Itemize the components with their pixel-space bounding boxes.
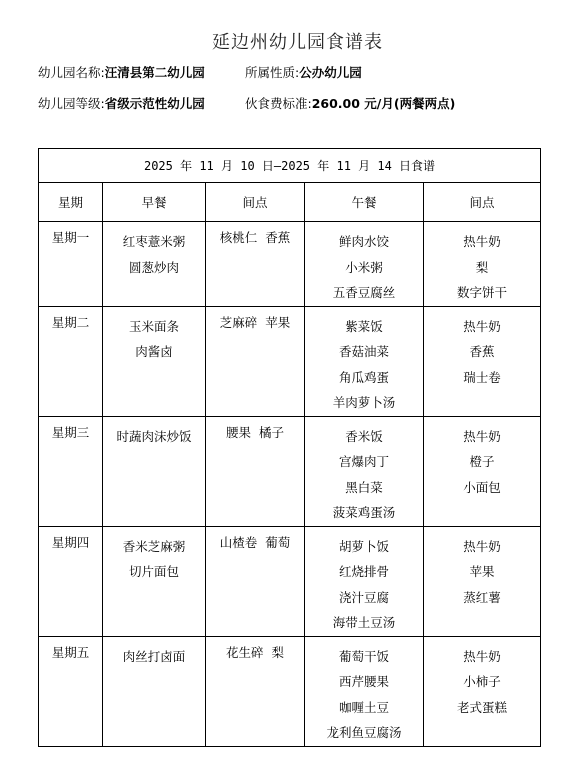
weekday-cell: 星期三 (39, 416, 103, 526)
lunch-cell: 紫菜饭 香菇油菜 角瓜鸡蛋 羊肉萝卜汤 (305, 306, 424, 416)
lunch-item: 菠菜鸡蛋汤 (305, 500, 423, 526)
header-morning-snack: 间点 (206, 183, 305, 222)
date-range-row: 2025 年 11 月 10 日—2025 年 11 月 14 日食谱 (39, 149, 541, 183)
lunch-item: 浇汁豆腐 (305, 585, 423, 611)
morning-snack-cell: 腰果 橘子 (206, 416, 305, 526)
afternoon-snack-item: 老式蛋糕 (424, 695, 540, 721)
lunch-cell: 鲜肉水饺 小米粥 五香豆腐丝 (305, 222, 424, 307)
weekday: 星期三 (39, 420, 102, 446)
afternoon-snack-item: 小柿子 (424, 669, 540, 695)
kindergarten-name-label: 幼儿园名称: (38, 65, 105, 80)
afternoon-snack-item: 热牛奶 (424, 229, 540, 255)
weekday-cell: 星期五 (39, 636, 103, 746)
header-afternoon-snack: 间点 (424, 183, 541, 222)
lunch-item: 黑白菜 (305, 475, 423, 501)
lunch-item: 鲜肉水饺 (305, 229, 423, 255)
afternoon-snack-item: 热牛奶 (424, 534, 540, 560)
breakfast-cell: 玉米面条 肉酱卤 (103, 306, 206, 416)
lunch-item: 香菇油菜 (305, 339, 423, 365)
kindergarten-name-value: 汪清县第二幼儿园 (105, 65, 205, 80)
afternoon-snack-item: 热牛奶 (424, 314, 540, 340)
lunch-item: 五香豆腐丝 (305, 280, 423, 306)
weekday: 星期五 (39, 640, 102, 666)
header-breakfast: 早餐 (103, 183, 206, 222)
afternoon-snack-cell: 热牛奶 橙子 小面包 (424, 416, 541, 526)
breakfast-item: 玉米面条 (103, 314, 205, 340)
lunch-cell: 香米饭 宫爆肉丁 黑白菜 菠菜鸡蛋汤 (305, 416, 424, 526)
lunch-item: 羊肉萝卜汤 (305, 390, 423, 416)
lunch-item: 葡萄干饭 (305, 644, 423, 670)
kindergarten-grade: 幼儿园等级:省级示范性幼儿园 (38, 95, 205, 113)
page-title: 延边州幼儿园食谱表 (0, 28, 583, 54)
lunch-item: 西芹腰果 (305, 669, 423, 695)
morning-snack-cell: 核桃仁 香蕉 (206, 222, 305, 307)
kindergarten-type-value: 公办幼儿园 (299, 65, 362, 80)
breakfast-item: 肉丝打卤面 (103, 644, 205, 670)
breakfast-item: 红枣薏米粥 (103, 229, 205, 255)
breakfast-item: 圆葱炒肉 (103, 255, 205, 281)
breakfast-cell: 时蔬肉沫炒饭 (103, 416, 206, 526)
afternoon-snack-cell: 热牛奶 苹果 蒸红薯 (424, 526, 541, 636)
table-row: 星期一 红枣薏米粥 圆葱炒肉 核桃仁 香蕉 鲜肉水饺 小米粥 五香豆腐丝 热牛奶… (39, 222, 541, 307)
breakfast-item: 香米芝麻粥 (103, 534, 205, 560)
afternoon-snack-cell: 热牛奶 小柿子 老式蛋糕 (424, 636, 541, 746)
morning-snack-item: 山楂卷 葡萄 (206, 530, 304, 556)
afternoon-snack-item: 数字饼干 (424, 280, 540, 306)
breakfast-cell: 红枣薏米粥 圆葱炒肉 (103, 222, 206, 307)
header-lunch: 午餐 (305, 183, 424, 222)
afternoon-snack-item: 热牛奶 (424, 424, 540, 450)
afternoon-snack-item: 梨 (424, 255, 540, 281)
date-range: 2025 年 11 月 10 日—2025 年 11 月 14 日食谱 (39, 149, 541, 183)
afternoon-snack-item: 苹果 (424, 559, 540, 585)
morning-snack-item: 花生碎 梨 (206, 640, 304, 666)
lunch-item: 龙利鱼豆腐汤 (305, 720, 423, 746)
kindergarten-type-label: 所属性质: (245, 65, 299, 80)
weekday-cell: 星期一 (39, 222, 103, 307)
lunch-item: 咖喱土豆 (305, 695, 423, 721)
afternoon-snack-item: 小面包 (424, 475, 540, 501)
lunch-item: 紫菜饭 (305, 314, 423, 340)
afternoon-snack-item: 热牛奶 (424, 644, 540, 670)
morning-snack-item: 核桃仁 香蕉 (206, 225, 304, 251)
breakfast-item: 肉酱卤 (103, 339, 205, 365)
morning-snack-item: 腰果 橘子 (206, 420, 304, 446)
breakfast-item: 切片面包 (103, 559, 205, 585)
weekday-cell: 星期四 (39, 526, 103, 636)
lunch-item: 海带土豆汤 (305, 610, 423, 636)
lunch-item: 胡萝卜饭 (305, 534, 423, 560)
weekday: 星期二 (39, 310, 102, 336)
kindergarten-grade-label: 幼儿园等级: (38, 96, 105, 111)
morning-snack-cell: 芝麻碎 苹果 (206, 306, 305, 416)
afternoon-snack-item: 瑞士卷 (424, 365, 540, 391)
table-row: 星期二 玉米面条 肉酱卤 芝麻碎 苹果 紫菜饭 香菇油菜 角瓜鸡蛋 羊肉萝卜汤 … (39, 306, 541, 416)
breakfast-item: 时蔬肉沫炒饭 (103, 424, 205, 450)
lunch-cell: 葡萄干饭 西芹腰果 咖喱土豆 龙利鱼豆腐汤 (305, 636, 424, 746)
lunch-item: 小米粥 (305, 255, 423, 281)
afternoon-snack-item: 橙子 (424, 449, 540, 475)
lunch-item: 香米饭 (305, 424, 423, 450)
table-row: 星期四 香米芝麻粥 切片面包 山楂卷 葡萄 胡萝卜饭 红烧排骨 浇汁豆腐 海带土… (39, 526, 541, 636)
afternoon-snack-item: 蒸红薯 (424, 585, 540, 611)
afternoon-snack-cell: 热牛奶 香蕉 瑞士卷 (424, 306, 541, 416)
weekday-cell: 星期二 (39, 306, 103, 416)
kindergarten-name: 幼儿园名称:汪清县第二幼儿园 (38, 64, 205, 82)
table-row: 星期三 时蔬肉沫炒饭 腰果 橘子 香米饭 宫爆肉丁 黑白菜 菠菜鸡蛋汤 热牛奶 … (39, 416, 541, 526)
meal-fee: 伙食费标准:260.00 元/月(两餐两点) (245, 95, 455, 113)
morning-snack-cell: 花生碎 梨 (206, 636, 305, 746)
morning-snack-cell: 山楂卷 葡萄 (206, 526, 305, 636)
lunch-item: 红烧排骨 (305, 559, 423, 585)
lunch-item: 角瓜鸡蛋 (305, 365, 423, 391)
header-row: 星期 早餐 间点 午餐 间点 (39, 183, 541, 222)
kindergarten-grade-value: 省级示范性幼儿园 (105, 96, 205, 111)
meal-fee-label: 伙食费标准: (245, 96, 312, 111)
kindergarten-type: 所属性质:公办幼儿园 (245, 64, 362, 82)
breakfast-cell: 肉丝打卤面 (103, 636, 206, 746)
weekday: 星期一 (39, 225, 102, 251)
afternoon-snack-cell: 热牛奶 梨 数字饼干 (424, 222, 541, 307)
weekday: 星期四 (39, 530, 102, 556)
breakfast-cell: 香米芝麻粥 切片面包 (103, 526, 206, 636)
lunch-cell: 胡萝卜饭 红烧排骨 浇汁豆腐 海带土豆汤 (305, 526, 424, 636)
menu-table: 2025 年 11 月 10 日—2025 年 11 月 14 日食谱 星期 早… (38, 148, 541, 747)
meal-fee-value: 260.00 元/月(两餐两点) (312, 96, 456, 111)
header-weekday: 星期 (39, 183, 103, 222)
afternoon-snack-item: 香蕉 (424, 339, 540, 365)
lunch-item: 宫爆肉丁 (305, 449, 423, 475)
morning-snack-item: 芝麻碎 苹果 (206, 310, 304, 336)
table-row: 星期五 肉丝打卤面 花生碎 梨 葡萄干饭 西芹腰果 咖喱土豆 龙利鱼豆腐汤 热牛… (39, 636, 541, 746)
